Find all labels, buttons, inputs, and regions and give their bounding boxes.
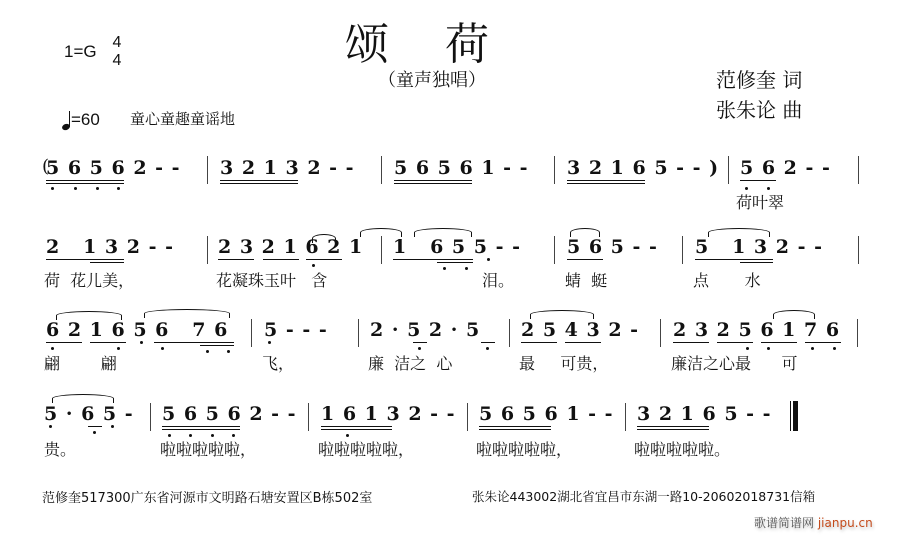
quarter-note-icon [62, 112, 71, 130]
final-barline-thin [790, 401, 791, 431]
final-barline-thick [793, 401, 798, 431]
lyric-2-5: 点 水 [693, 268, 761, 291]
measure-1-3: 5 6 5 6 1 - - [394, 157, 529, 179]
watermark-text: 歌谱简谱网 [754, 516, 814, 530]
lyric-4-2: 啦啦啦啦啦， [160, 437, 256, 460]
lyricist-credit: 范修奎 词 [716, 64, 802, 93]
time-signature: 4 4 [111, 34, 123, 70]
measure-3-3: 2 · 5 2 · 5 [370, 319, 480, 341]
lyric-4-1: 贵。 [44, 437, 76, 460]
expression-marking: 童心童趣童谣地 [130, 108, 235, 129]
tempo-value: =60 [71, 110, 100, 129]
key-label: 1=G [64, 42, 97, 61]
lyric-4-4: 啦啦啦啦啦， [476, 437, 572, 460]
score-row-3: 6 2 1 6 5 6 7 6 翩 翩 5 - - - 飞， 2 · 5 2 ·… [0, 313, 903, 373]
watermark: 歌谱简谱网 jianpu.cn [754, 514, 873, 531]
lyric-3-4: 最 可贵， [519, 351, 608, 374]
score-row-4: 5 · 6 5 - 贵。 5 6 5 6 2 - - 啦啦啦啦啦， 1 6 1 … [0, 397, 903, 457]
measure-1-5: 5 6 2 - - [740, 157, 831, 179]
watermark-domain: jianpu.cn [818, 516, 873, 530]
measure-4-3: 1 6 1 3 2 - - [321, 403, 456, 425]
lyric-1-5: 荷叶翠 [736, 190, 784, 213]
measure-3-4: 2 5 4 3 2 - [521, 319, 639, 341]
lyricist-address: 范修奎517300广东省河源市文明路石塘安置区B栋502室 [42, 487, 372, 506]
lyric-2-1: 荷 花儿美， [44, 268, 134, 291]
measure-4-2: 5 6 5 6 2 - - [162, 403, 297, 425]
composer-credit: 张朱论 曲 [716, 94, 802, 123]
lyric-4-3: 啦啦啦啦啦， [318, 437, 414, 460]
page-title: 颂荷 [345, 8, 545, 72]
lyric-3-1: 翩 翩 [44, 351, 117, 374]
composer-address: 张朱论443002湖北省宜昌市东湖一路10-20602018731信箱 [472, 487, 815, 505]
key-signature: 1=G [64, 42, 97, 62]
measure-2-3: 1 6 5 5 - - [393, 236, 521, 258]
measure-2-2: 2 3 2 1 6 2 1 [218, 236, 363, 258]
measure-1-1: 5 6 5 6 2 - - [46, 157, 181, 179]
measure-1-2: 3 2 1 3 2 - - [220, 157, 355, 179]
subtitle: （童声独唱） [378, 66, 486, 92]
measure-3-2: 5 - - - [264, 319, 328, 341]
lyric-4-5: 啦啦啦啦啦。 [634, 437, 730, 460]
time-signature-bottom: 4 [111, 52, 123, 70]
lyric-3-2: 飞， [262, 351, 294, 374]
measure-2-1: 2 1 3 2 - - [46, 236, 174, 258]
measure-4-1: 5 · 6 5 - [44, 403, 134, 425]
score-row-1: ( 5 6 5 6 2 - - 3 2 1 3 2 - - 5 6 5 6 1 … [0, 150, 903, 210]
measure-3-1: 6 2 1 6 5 6 7 6 [46, 319, 228, 341]
measure-1-4: 3 2 1 6 5 - - ) [567, 157, 719, 179]
measure-3-5: 2 3 2 5 6 1 7 6 [673, 319, 840, 341]
lyric-2-4: 蜻 蜓 [565, 268, 607, 291]
measure-4-4: 5 6 5 6 1 - - [479, 403, 614, 425]
lyric-3-5: 廉洁之心最 可 [671, 351, 798, 374]
measure-2-4: 5 6 5 - - [567, 236, 658, 258]
time-signature-top: 4 [111, 34, 123, 52]
lyric-3-3: 廉 洁之 心 [368, 351, 452, 374]
lyric-2-2: 花凝珠玉叶 含 [216, 268, 327, 291]
tempo-marking: =60 [62, 110, 100, 130]
lyric-2-3: 泪。 [482, 268, 514, 291]
score-row-2: 2 1 3 2 - - 荷 花儿美， 2 3 2 1 6 2 1 花凝珠玉叶 含… [0, 230, 903, 290]
measure-4-5: 3 2 1 6 5 - - [637, 403, 772, 425]
measure-2-5: 5 1 3 2 - - [695, 236, 823, 258]
